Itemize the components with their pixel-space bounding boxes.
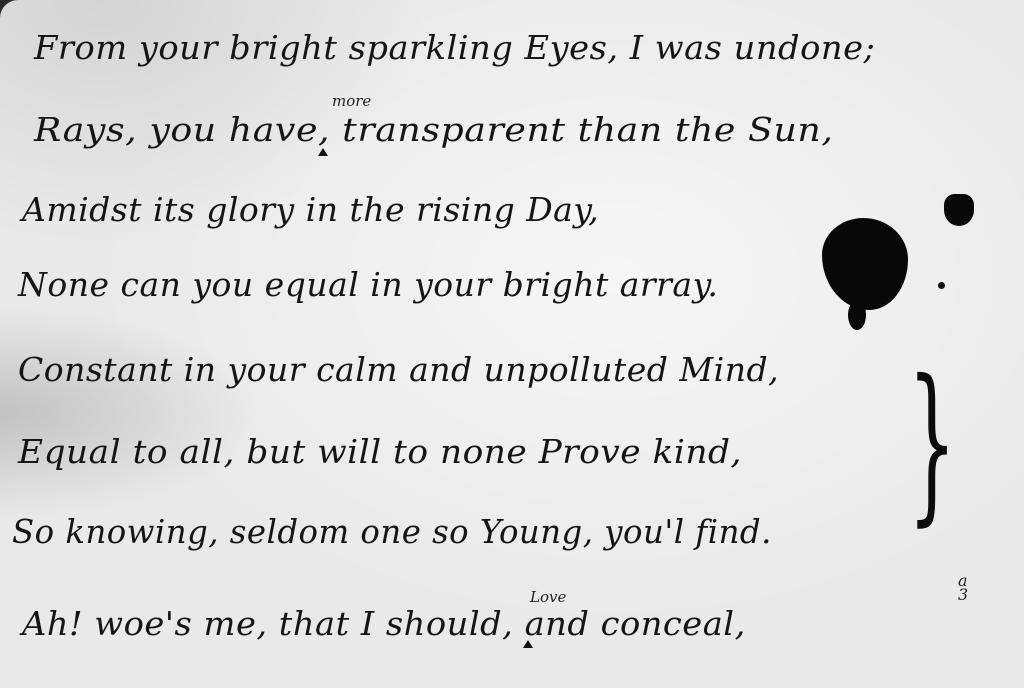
poem-line-8: Ah! woe's me, that I should, and conceal… [22,604,746,643]
ink-dot [938,282,945,289]
poem-line-2: Rays, you have, transparent than the Sun… [34,110,833,149]
poem-line-1: From your bright sparkling Eyes, I was u… [34,28,875,67]
brace-mark: } [908,358,957,528]
poem-line-5: Constant in your calm and unpolluted Min… [18,350,779,389]
poem-line-3: Amidst its glory in the rising Day, [22,190,599,229]
insertion-more: more [332,92,371,110]
ink-blot [822,218,908,310]
manuscript-page: From your bright sparkling Eyes, I was u… [0,0,1024,688]
ink-blot-small [944,194,974,226]
margin-note: a 3 [958,574,982,602]
poem-line-6: Equal to all, but will to none Prove kin… [18,432,742,471]
poem-line-4: None can you equal in your bright array. [18,265,718,304]
ink-blot-drip [848,300,866,330]
poem-line-7: So knowing, seldom one so Young, you'l f… [12,512,772,551]
insertion-caret-icon [318,148,328,156]
